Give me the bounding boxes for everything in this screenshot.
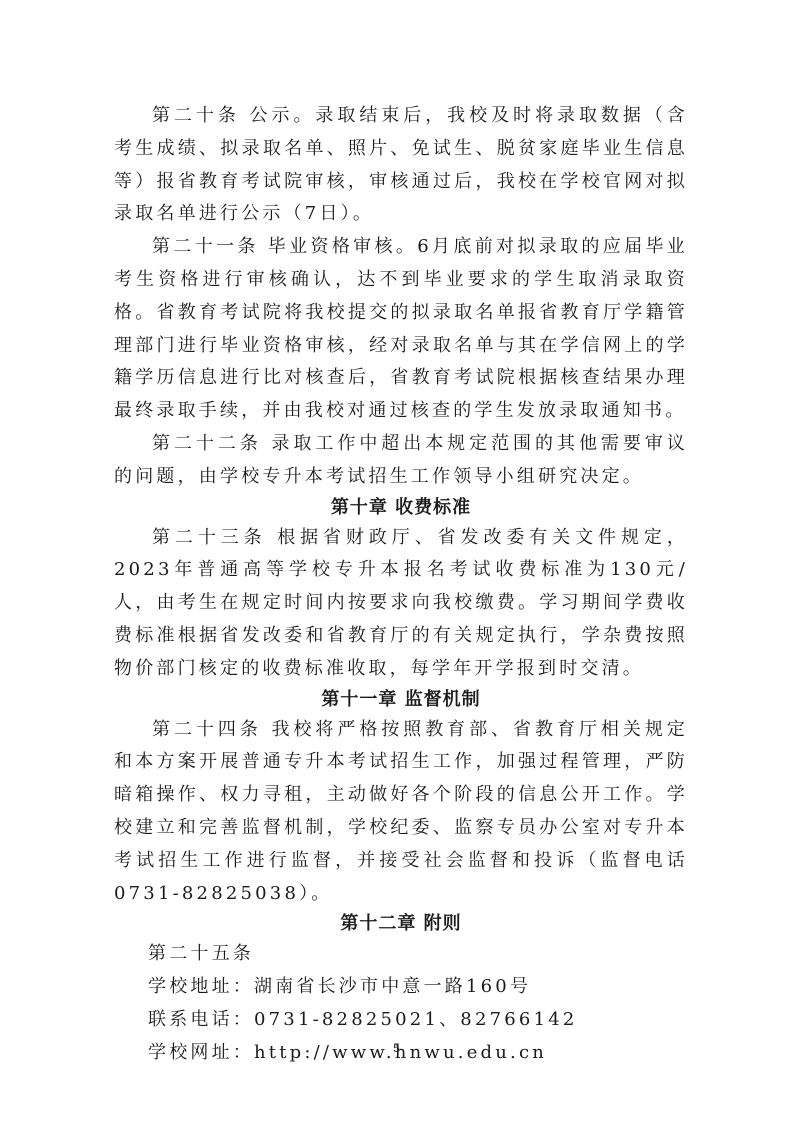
chapter-12-heading: 第十二章 附则 bbox=[114, 910, 688, 938]
article-23: 第二十三条 根据省财政厅、省发改委有关文件规定，2023年普通高等学校专升本报名… bbox=[114, 522, 688, 686]
contact-phone: 联系电话：0731-82825021、82766142 bbox=[114, 1004, 688, 1037]
article-21: 第二十一条 毕业资格审核。6月底前对拟录取的应届毕业考生资格进行审核确认，达不到… bbox=[114, 231, 688, 428]
article-24: 第二十四条 我校将严格按照教育部、省教育厅相关规定和本方案开展普通专升本考试招生… bbox=[114, 714, 688, 911]
article-25: 第二十五条 bbox=[114, 938, 688, 971]
page-number: 5 bbox=[0, 1041, 793, 1055]
chapter-11-heading: 第十一章 监督机制 bbox=[114, 686, 688, 714]
document-page: 第二十条 公示。录取结束后，我校及时将录取数据（含考生成绩、拟录取名单、照片、免… bbox=[0, 0, 793, 1122]
school-address: 学校地址：湖南省长沙市中意一路160号 bbox=[114, 971, 688, 1004]
document-body: 第二十条 公示。录取结束后，我校及时将录取数据（含考生成绩、拟录取名单、照片、免… bbox=[114, 100, 688, 1070]
article-22: 第二十二条 录取工作中超出本规定范围的其他需要审议的问题，由学校专升本考试招生工… bbox=[114, 428, 688, 494]
article-20: 第二十条 公示。录取结束后，我校及时将录取数据（含考生成绩、拟录取名单、照片、免… bbox=[114, 100, 688, 231]
chapter-10-heading: 第十章 收费标准 bbox=[114, 494, 688, 522]
